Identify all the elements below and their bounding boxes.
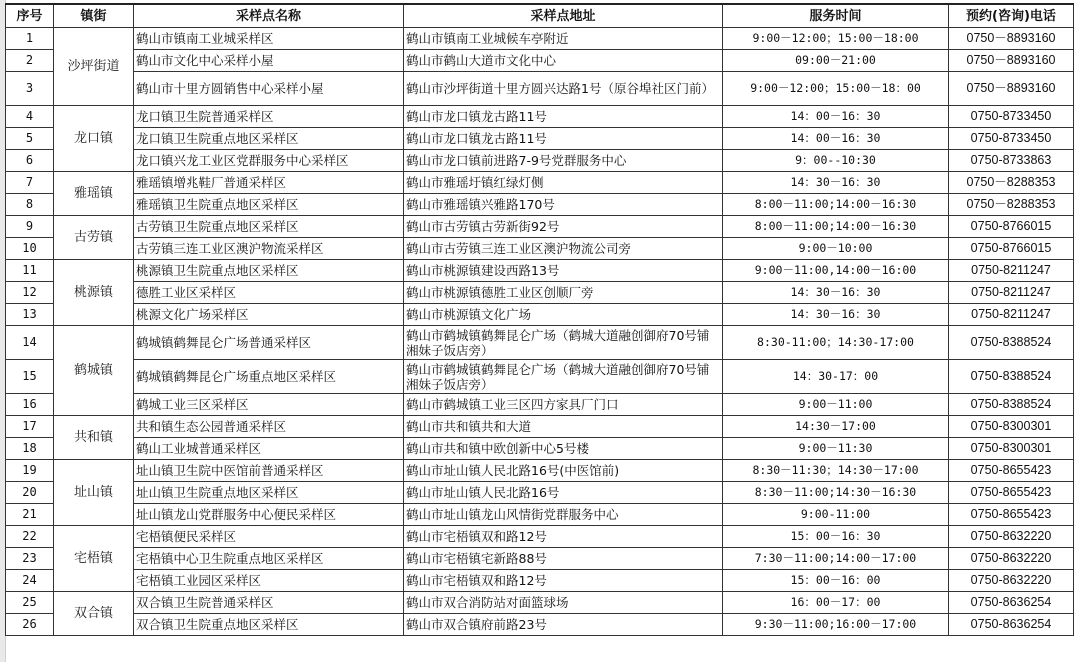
header-town: 镇街 <box>54 4 134 28</box>
cell-site-name: 桃源镇卫生院重点地区采样区 <box>134 260 404 282</box>
cell-phone: 0750-8388524 <box>949 326 1074 360</box>
cell-site-name: 龙口镇卫生院重点地区采样区 <box>134 128 404 150</box>
cell-site-address: 鹤山市鹤城镇鹤舞昆仑广场（鹤城大道融创御府70号铺湘妹子饭店旁） <box>404 360 723 394</box>
cell-site-address: 鹤山市鹤城镇鹤舞昆仑广场（鹤城大道融创御府70号铺湘妹子饭店旁） <box>404 326 723 360</box>
sampling-sites-table: 序号 镇街 采样点名称 采样点地址 服务时间 预约(咨询)电话 1沙坪街道鹤山市… <box>5 3 1074 636</box>
table-row: 8雅瑶镇卫生院重点地区采样区鹤山市雅瑶镇兴雅路170号8:00－11:00;14… <box>6 194 1074 216</box>
cell-site-name: 古劳镇三连工业区澳沪物流采样区 <box>134 238 404 260</box>
cell-no: 8 <box>6 194 54 216</box>
cell-no: 14 <box>6 326 54 360</box>
cell-site-address: 鹤山市共和镇中欧创新中心5号楼 <box>404 438 723 460</box>
table-row: 12德胜工业区采样区鹤山市桃源镇德胜工业区创顺厂旁14：30－16：300750… <box>6 282 1074 304</box>
cell-no: 23 <box>6 548 54 570</box>
cell-phone: 0750－8893160 <box>949 28 1074 50</box>
cell-service-time: 09:00－21:00 <box>723 50 949 72</box>
cell-site-name: 宅梧镇便民采样区 <box>134 526 404 548</box>
table-row: 3鹤山市十里方圆销售中心采样小屋鹤山市沙坪街道十里方圆兴达路1号（原谷埠社区门前… <box>6 72 1074 106</box>
cell-site-address: 鹤山市宅梧镇宅新路88号 <box>404 548 723 570</box>
cell-site-address: 鹤山市古劳镇古劳新街92号 <box>404 216 723 238</box>
cell-no: 21 <box>6 504 54 526</box>
cell-no: 26 <box>6 614 54 636</box>
cell-service-time: 9：00--10:30 <box>723 150 949 172</box>
cell-phone: 0750-8632220 <box>949 526 1074 548</box>
cell-no: 18 <box>6 438 54 460</box>
cell-no: 22 <box>6 526 54 548</box>
header-no: 序号 <box>6 4 54 28</box>
cell-no: 7 <box>6 172 54 194</box>
cell-site-name: 址山镇卫生院中医馆前普通采样区 <box>134 460 404 482</box>
cell-phone: 0750-8388524 <box>949 360 1074 394</box>
cell-site-name: 址山镇卫生院重点地区采样区 <box>134 482 404 504</box>
cell-site-name: 鹤城镇鹤舞昆仑广场普通采样区 <box>134 326 404 360</box>
cell-site-name: 龙口镇卫生院普通采样区 <box>134 106 404 128</box>
cell-service-time: 9:00－11:30 <box>723 438 949 460</box>
table-row: 24宅梧镇工业园区采样区鹤山市宅梧镇双和路12号15：00－16：000750-… <box>6 570 1074 592</box>
cell-no: 12 <box>6 282 54 304</box>
cell-service-time: 8:00－11:00;14:00－16:30 <box>723 216 949 238</box>
cell-phone: 0750-8300301 <box>949 438 1074 460</box>
cell-phone: 0750-8211247 <box>949 282 1074 304</box>
table-row: 14鹤城镇鹤城镇鹤舞昆仑广场普通采样区鹤山市鹤城镇鹤舞昆仑广场（鹤城大道融创御府… <box>6 326 1074 360</box>
cell-service-time: 14：30－16：30 <box>723 282 949 304</box>
header-site-name: 采样点名称 <box>134 4 404 28</box>
cell-phone: 0750－8288353 <box>949 194 1074 216</box>
cell-service-time: 9:00－12:00；15:00－18:00 <box>723 28 949 50</box>
cell-site-address: 鹤山市宅梧镇双和路12号 <box>404 526 723 548</box>
table-row: 13桃源文化广场采样区鹤山市桃源镇文化广场14：30－16：300750-821… <box>6 304 1074 326</box>
cell-phone: 0750-8636254 <box>949 592 1074 614</box>
cell-phone: 0750-8632220 <box>949 548 1074 570</box>
table-row: 18鹤山工业城普通采样区鹤山市共和镇中欧创新中心5号楼9:00－11:30075… <box>6 438 1074 460</box>
cell-phone: 0750-8733863 <box>949 150 1074 172</box>
table-row: 26双合镇卫生院重点地区采样区鹤山市双合镇府前路23号9:30－11:00;16… <box>6 614 1074 636</box>
cell-no: 24 <box>6 570 54 592</box>
cell-phone: 0750-8766015 <box>949 216 1074 238</box>
cell-site-address: 鹤山市双合镇府前路23号 <box>404 614 723 636</box>
cell-site-address: 鹤山市镇南工业城候车亭附近 <box>404 28 723 50</box>
cell-no: 16 <box>6 394 54 416</box>
cell-site-name: 址山镇龙山党群服务中心便民采样区 <box>134 504 404 526</box>
cell-site-name: 鹤山市文化中心采样小屋 <box>134 50 404 72</box>
cell-service-time: 8:00－11:00;14:00－16:30 <box>723 194 949 216</box>
cell-phone: 0750-8636254 <box>949 614 1074 636</box>
cell-service-time: 7:30－11:00;14:00－17:00 <box>723 548 949 570</box>
cell-site-address: 鹤山市雅瑶圩镇红绿灯侧 <box>404 172 723 194</box>
table-row: 11桃源镇桃源镇卫生院重点地区采样区鹤山市桃源镇建设西路13号9:00－11:0… <box>6 260 1074 282</box>
cell-site-address: 鹤山市龙口镇前进路7-9号党群服务中心 <box>404 150 723 172</box>
cell-town: 共和镇 <box>54 416 134 460</box>
header-phone: 预约(咨询)电话 <box>949 4 1074 28</box>
cell-service-time: 9:00－12:00；15:00－18：00 <box>723 72 949 106</box>
cell-site-name: 德胜工业区采样区 <box>134 282 404 304</box>
cell-phone: 0750-8211247 <box>949 260 1074 282</box>
cell-no: 10 <box>6 238 54 260</box>
cell-service-time: 8:30－11:00;14:30－16:30 <box>723 482 949 504</box>
cell-no: 3 <box>6 72 54 106</box>
table-row: 4龙口镇龙口镇卫生院普通采样区鹤山市龙口镇龙古路11号14：00－16：3007… <box>6 106 1074 128</box>
cell-phone: 0750-8655423 <box>949 460 1074 482</box>
header-site-address: 采样点地址 <box>404 4 723 28</box>
cell-site-name: 双合镇卫生院普通采样区 <box>134 592 404 614</box>
cell-phone: 0750-8388524 <box>949 394 1074 416</box>
cell-site-name: 鹤城工业三区采样区 <box>134 394 404 416</box>
cell-town: 雅瑶镇 <box>54 172 134 216</box>
cell-site-name: 共和镇生态公园普通采样区 <box>134 416 404 438</box>
table-row: 17共和镇共和镇生态公园普通采样区鹤山市共和镇共和大道14:30－17:0007… <box>6 416 1074 438</box>
cell-service-time: 14：30-17：00 <box>723 360 949 394</box>
cell-site-address: 鹤山市桃源镇文化广场 <box>404 304 723 326</box>
cell-site-name: 鹤山工业城普通采样区 <box>134 438 404 460</box>
cell-service-time: 8:30－11:30；14:30－17:00 <box>723 460 949 482</box>
cell-site-address: 鹤山市鹤城镇工业三区四方家具厂门口 <box>404 394 723 416</box>
cell-service-time: 14：00－16：30 <box>723 128 949 150</box>
cell-phone: 0750－8288353 <box>949 172 1074 194</box>
cell-phone: 0750－8893160 <box>949 72 1074 106</box>
cell-site-name: 双合镇卫生院重点地区采样区 <box>134 614 404 636</box>
table-row: 2鹤山市文化中心采样小屋鹤山市鹤山大道市文化中心09:00－21:000750－… <box>6 50 1074 72</box>
cell-phone: 0750-8300301 <box>949 416 1074 438</box>
cell-service-time: 15：00－16：30 <box>723 526 949 548</box>
table-row: 5龙口镇卫生院重点地区采样区鹤山市龙口镇龙古路11号14：00－16：30075… <box>6 128 1074 150</box>
cell-town: 鹤城镇 <box>54 326 134 416</box>
header-service-time: 服务时间 <box>723 4 949 28</box>
cell-service-time: 15：00－16：00 <box>723 570 949 592</box>
table-row: 23宅梧镇中心卫生院重点地区采样区鹤山市宅梧镇宅新路88号7:30－11:00;… <box>6 548 1074 570</box>
cell-no: 2 <box>6 50 54 72</box>
cell-site-name: 龙口镇兴龙工业区党群服务中心采样区 <box>134 150 404 172</box>
cell-town: 宅梧镇 <box>54 526 134 592</box>
cell-service-time: 14：00－16：30 <box>723 106 949 128</box>
cell-site-address: 鹤山市共和镇共和大道 <box>404 416 723 438</box>
cell-no: 6 <box>6 150 54 172</box>
cell-site-address: 鹤山市沙坪街道十里方圆兴达路1号（原谷埠社区门前） <box>404 72 723 106</box>
table-body: 1沙坪街道鹤山市镇南工业城采样区鹤山市镇南工业城候车亭附近9:00－12:00；… <box>6 28 1074 636</box>
cell-service-time: 9:00－11:00,14:00－16:00 <box>723 260 949 282</box>
table-row: 7雅瑶镇雅瑶镇增兆鞋厂普通采样区鹤山市雅瑶圩镇红绿灯侧14：30－16：3007… <box>6 172 1074 194</box>
cell-phone: 0750-8733450 <box>949 106 1074 128</box>
table-row: 15鹤城镇鹤舞昆仑广场重点地区采样区鹤山市鹤城镇鹤舞昆仑广场（鹤城大道融创御府7… <box>6 360 1074 394</box>
cell-town: 双合镇 <box>54 592 134 636</box>
cell-no: 25 <box>6 592 54 614</box>
cell-site-name: 宅梧镇工业园区采样区 <box>134 570 404 592</box>
cell-no: 11 <box>6 260 54 282</box>
cell-phone: 0750-8766015 <box>949 238 1074 260</box>
cell-site-name: 鹤山市十里方圆销售中心采样小屋 <box>134 72 404 106</box>
cell-phone: 0750-8632220 <box>949 570 1074 592</box>
cell-site-address: 鹤山市桃源镇建设西路13号 <box>404 260 723 282</box>
cell-town: 沙坪街道 <box>54 28 134 106</box>
cell-service-time: 16：00－17：00 <box>723 592 949 614</box>
cell-site-address: 鹤山市桃源镇德胜工业区创顺厂旁 <box>404 282 723 304</box>
cell-no: 20 <box>6 482 54 504</box>
cell-site-address: 鹤山市鹤山大道市文化中心 <box>404 50 723 72</box>
cell-service-time: 9:00－10:00 <box>723 238 949 260</box>
cell-phone: 0750-8655423 <box>949 482 1074 504</box>
table-row: 10古劳镇三连工业区澳沪物流采样区鹤山市古劳镇三连工业区澳沪物流公司旁9:00－… <box>6 238 1074 260</box>
cell-service-time: 9:00-11:00 <box>723 504 949 526</box>
cell-site-address: 鹤山市址山镇龙山风情街党群服务中心 <box>404 504 723 526</box>
cell-site-address: 鹤山市龙口镇龙古路11号 <box>404 106 723 128</box>
cell-no: 9 <box>6 216 54 238</box>
header-row: 序号 镇街 采样点名称 采样点地址 服务时间 预约(咨询)电话 <box>6 4 1074 28</box>
cell-site-name: 古劳镇卫生院重点地区采样区 <box>134 216 404 238</box>
cell-town: 古劳镇 <box>54 216 134 260</box>
cell-town: 址山镇 <box>54 460 134 526</box>
cell-phone: 0750-8655423 <box>949 504 1074 526</box>
cell-phone: 0750-8733450 <box>949 128 1074 150</box>
cell-site-address: 鹤山市龙口镇龙古路11号 <box>404 128 723 150</box>
cell-site-address: 鹤山市宅梧镇双和路12号 <box>404 570 723 592</box>
table-row: 9古劳镇古劳镇卫生院重点地区采样区鹤山市古劳镇古劳新街92号8:00－11:00… <box>6 216 1074 238</box>
cell-site-name: 鹤山市镇南工业城采样区 <box>134 28 404 50</box>
table-row: 19址山镇址山镇卫生院中医馆前普通采样区鹤山市址山镇人民北路16号(中医馆前)8… <box>6 460 1074 482</box>
cell-site-name: 鹤城镇鹤舞昆仑广场重点地区采样区 <box>134 360 404 394</box>
cell-site-address: 鹤山市雅瑶镇兴雅路170号 <box>404 194 723 216</box>
cell-town: 龙口镇 <box>54 106 134 172</box>
cell-no: 19 <box>6 460 54 482</box>
cell-phone: 0750-8211247 <box>949 304 1074 326</box>
cell-site-name: 宅梧镇中心卫生院重点地区采样区 <box>134 548 404 570</box>
cell-site-address: 鹤山市址山镇人民北路16号 <box>404 482 723 504</box>
cell-site-name: 雅瑶镇卫生院重点地区采样区 <box>134 194 404 216</box>
table-row: 6龙口镇兴龙工业区党群服务中心采样区鹤山市龙口镇前进路7-9号党群服务中心9：0… <box>6 150 1074 172</box>
cell-service-time: 14:30－17:00 <box>723 416 949 438</box>
cell-service-time: 9:00－11:00 <box>723 394 949 416</box>
cell-no: 15 <box>6 360 54 394</box>
cell-site-address: 鹤山市古劳镇三连工业区澳沪物流公司旁 <box>404 238 723 260</box>
cell-town: 桃源镇 <box>54 260 134 326</box>
cell-site-name: 桃源文化广场采样区 <box>134 304 404 326</box>
cell-service-time: 14：30－16：30 <box>723 172 949 194</box>
table-row: 21址山镇龙山党群服务中心便民采样区鹤山市址山镇龙山风情街党群服务中心9:00-… <box>6 504 1074 526</box>
cell-no: 4 <box>6 106 54 128</box>
cell-site-address: 鹤山市址山镇人民北路16号(中医馆前) <box>404 460 723 482</box>
table-row: 25双合镇双合镇卫生院普通采样区鹤山市双合消防站对面篮球场16：00－17：00… <box>6 592 1074 614</box>
cell-site-name: 雅瑶镇增兆鞋厂普通采样区 <box>134 172 404 194</box>
table-row: 1沙坪街道鹤山市镇南工业城采样区鹤山市镇南工业城候车亭附近9:00－12:00；… <box>6 28 1074 50</box>
table-row: 16鹤城工业三区采样区鹤山市鹤城镇工业三区四方家具厂门口9:00－11:0007… <box>6 394 1074 416</box>
cell-service-time: 14：30－16：30 <box>723 304 949 326</box>
cell-service-time: 8:30-11:00；14:30-17:00 <box>723 326 949 360</box>
cell-phone: 0750－8893160 <box>949 50 1074 72</box>
cell-service-time: 9:30－11:00;16:00－17:00 <box>723 614 949 636</box>
table-row: 22宅梧镇宅梧镇便民采样区鹤山市宅梧镇双和路12号15：00－16：300750… <box>6 526 1074 548</box>
cell-no: 13 <box>6 304 54 326</box>
table-row: 20址山镇卫生院重点地区采样区鹤山市址山镇人民北路16号8:30－11:00;1… <box>6 482 1074 504</box>
cell-no: 1 <box>6 28 54 50</box>
cell-site-address: 鹤山市双合消防站对面篮球场 <box>404 592 723 614</box>
cell-no: 5 <box>6 128 54 150</box>
cell-no: 17 <box>6 416 54 438</box>
